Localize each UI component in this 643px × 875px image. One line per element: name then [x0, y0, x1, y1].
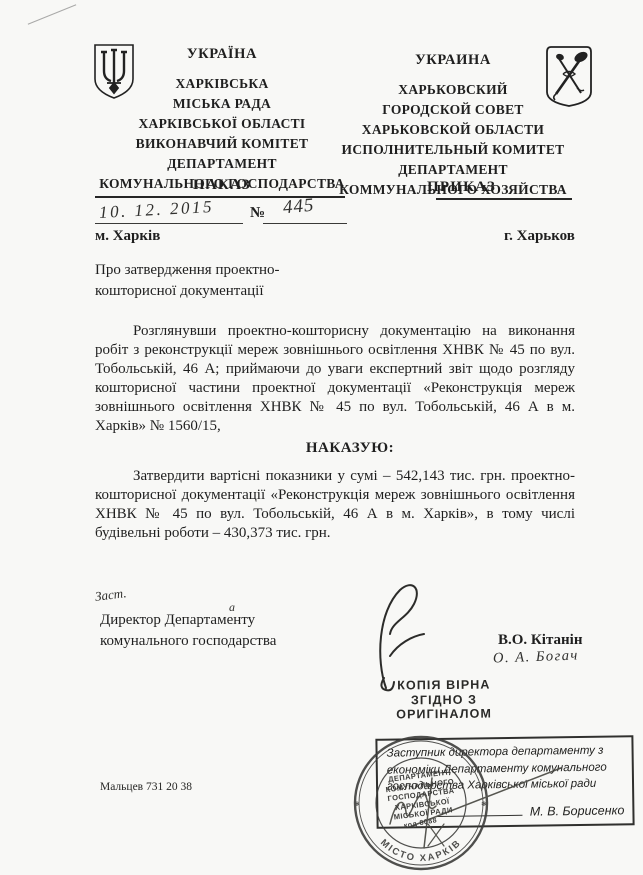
handwritten-signer-name: О. А. Богач — [493, 648, 579, 668]
number-sign: № — [250, 205, 265, 222]
handwritten-note-zast: Заст. — [94, 585, 127, 605]
order-subject: Про затвердження проектно- кошторисної д… — [95, 260, 279, 302]
svg-text:МІСТО ХАРКІВ: МІСТО ХАРКІВ — [378, 837, 464, 864]
body-paragraph-2: Затвердити вартісні показники у сумі – 5… — [95, 467, 575, 543]
executor-contact: Мальцев 731 20 38 — [100, 781, 192, 793]
approval-signer-name: М. В. Борисенко — [530, 803, 625, 818]
seal-asterisk-left: * — [354, 798, 360, 812]
date-line — [95, 223, 243, 224]
number-line — [263, 223, 347, 224]
copy-true-stamp: КОПІЯ ВІРНА ЗГІДНО З ОРИГІНАЛОМ — [383, 677, 505, 722]
pen-mark — [28, 4, 77, 24]
body-paragraph-1: Розглянувши проектно-кошторисну документ… — [95, 322, 575, 436]
city-ru: г. Харьков — [504, 228, 575, 245]
city-ua: м. Харків — [95, 228, 160, 245]
order-title-ua: НАКАЗ — [193, 177, 251, 194]
handwritten-date: 10. 12. 2015 — [99, 197, 215, 223]
scanned-order-document: УКРАЇНА ХАРКІВСЬКА МІСЬКА РАДА ХАРКІВСЬК… — [0, 0, 643, 875]
signer-position: Директор Департаменту комунального госпо… — [100, 610, 276, 652]
handwritten-order-number: 445 — [282, 195, 315, 220]
title-underline-ru — [436, 198, 572, 200]
decree-word: НАКАЗУЮ: — [95, 440, 575, 457]
seal-ring-bottom-text: МІСТО ХАРКІВ — [378, 837, 464, 864]
signer-name: В.О. Кітанін — [498, 632, 582, 649]
kharkiv-city-arms-emblem — [543, 44, 595, 110]
order-title-ru: ПРИКАЗ — [427, 179, 496, 196]
